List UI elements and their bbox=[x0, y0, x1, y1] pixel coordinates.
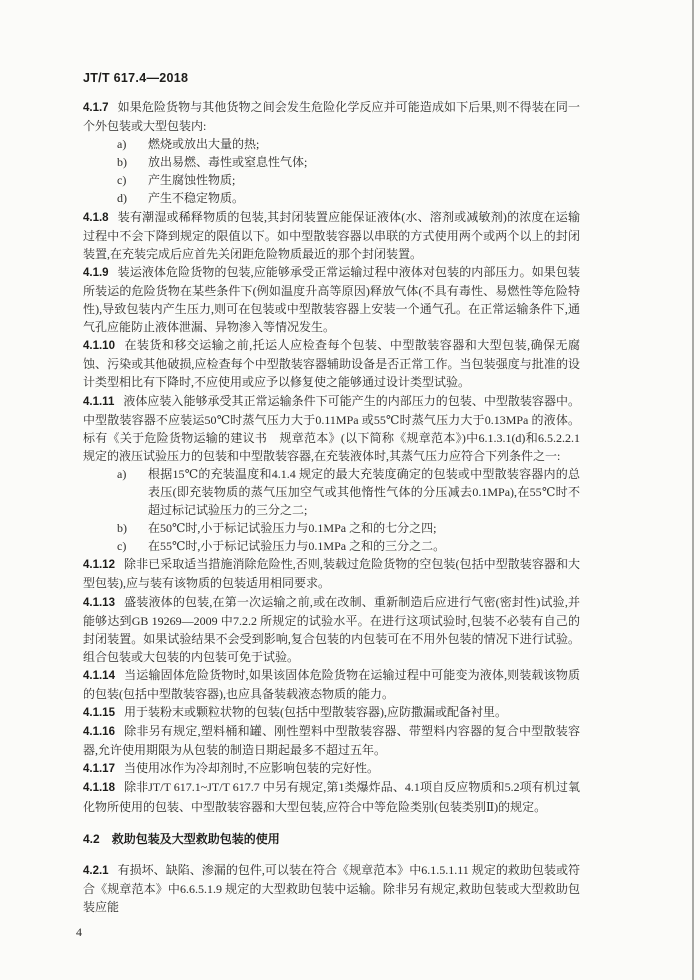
list-item-c: c)产生腐蚀性物质; bbox=[117, 171, 580, 189]
clause-4-1-17: 4.1.17当使用冰作为冷却剂时,不应影响包装的完好性。 bbox=[83, 759, 580, 778]
list-item-label: a) bbox=[117, 465, 126, 483]
clause-text: 装运液体危险货物的包装,应能够承受正常运输过程中液体对包装的内部压力。如果包装所… bbox=[83, 265, 580, 334]
clause-4-1-15: 4.1.15用于装粉末或颗粒状物的包装(包括中型散装容器),应防撒漏或配备衬里。 bbox=[83, 703, 580, 722]
clause-number: 4.2.1 bbox=[83, 865, 109, 877]
list-item-text: 根据15℃的充装温度和4.1.4 规定的最大充装度确定的包装或中型散装容器内的总… bbox=[148, 467, 580, 517]
clause-number: 4.1.11 bbox=[83, 396, 114, 408]
page-scan-edge bbox=[692, 0, 694, 980]
list-item-text: 在50℃时,小于标记试验压力与0.1MPa 之和的七分之四; bbox=[148, 521, 436, 535]
section-title: 救助包装及大型救助包装的使用 bbox=[112, 832, 280, 846]
list-item-a: a)燃烧或放出大量的热; bbox=[117, 135, 580, 153]
list-item-text: 放出易燃、毒性或窒息性气体; bbox=[148, 155, 307, 169]
clause-text: 当运输固体危险货物时,如果该固体危险货物在运输过程中可能变为液体,则装载该物质的… bbox=[83, 668, 580, 701]
list-item-text: 在55℃时,小于标记试验压力与0.1MPa 之和的三分之二。 bbox=[148, 539, 445, 553]
clause-number: 4.1.17 bbox=[83, 763, 115, 775]
clause-4-2-1: 4.2.1有损坏、缺陷、渗漏的包件,可以装在符合《规章范本》中6.1.5.1.1… bbox=[83, 861, 580, 916]
list-item-label: a) bbox=[117, 135, 126, 153]
clause-text: 液体应装入能够承受其正常运输条件下可能产生的内部压力的包装、中型散装容器中。中型… bbox=[83, 394, 580, 463]
clause-number: 4.1.8 bbox=[83, 212, 109, 224]
list-item-text: 产生不稳定物质。 bbox=[148, 191, 244, 205]
page-content: 4.1.7如果危险货物与其他货物之间会发生危险化学反应并可能造成如下后果,则不得… bbox=[83, 98, 580, 941]
clause-number: 4.1.12 bbox=[83, 559, 115, 571]
clause-4-1-12: 4.1.12除非已采取适当措施消除危险性,否则,装载过危险货物的空包装(包括中型… bbox=[83, 555, 580, 592]
clause-4-1-14: 4.1.14当运输固体危险货物时,如果该固体危险货物在运输过程中可能变为液体,则… bbox=[83, 666, 580, 703]
clause-number: 4.1.16 bbox=[83, 726, 115, 738]
list-item-b: b)放出易燃、毒性或窒息性气体; bbox=[117, 153, 580, 171]
list-item-label: d) bbox=[117, 189, 127, 207]
list-item-d: d)产生不稳定物质。 bbox=[117, 189, 580, 207]
clause-4-1-10: 4.1.10在装货和移交运输之前,托运人应检查每个包装、中型散装容器和大型包装,… bbox=[83, 336, 580, 391]
clause-number: 4.1.14 bbox=[83, 670, 115, 682]
list-item-a: a)根据15℃的充装温度和4.1.4 规定的最大充装度确定的包装或中型散装容器内… bbox=[117, 465, 580, 519]
clause-text: 用于装粉末或颗粒状物的包装(包括中型散装容器),应防撒漏或配备衬里。 bbox=[124, 705, 507, 719]
page-number: 4 bbox=[76, 923, 580, 941]
clause-4-1-7: 4.1.7如果危险货物与其他货物之间会发生危险化学反应并可能造成如下后果,则不得… bbox=[83, 98, 580, 135]
clause-number: 4.1.10 bbox=[83, 340, 115, 352]
list-item-label: b) bbox=[117, 153, 127, 171]
clause-text: 除非JT/T 617.1~JT/T 617.7 中另有规定,第1类爆炸品、4.1… bbox=[83, 780, 580, 813]
clause-4-1-8: 4.1.8装有潮湿或稀释物质的包装,其封闭装置应能保证液体(水、溶剂或减敏剂)的… bbox=[83, 208, 580, 263]
clause-text: 盛装液体的包装,在第一次运输之前,或在改制、重新制造后应进行气密(密封性)试验,… bbox=[83, 595, 580, 664]
clause-4-1-18: 4.1.18除非JT/T 617.1~JT/T 617.7 中另有规定,第1类爆… bbox=[83, 778, 580, 815]
clause-number: 4.1.13 bbox=[83, 597, 115, 609]
list-item-c: c)在55℃时,小于标记试验压力与0.1MPa 之和的三分之二。 bbox=[117, 537, 580, 555]
section-number: 4.2 bbox=[83, 832, 100, 846]
clause-4-1-9: 4.1.9装运液体危险货物的包装,应能够承受正常运输过程中液体对包装的内部压力。… bbox=[83, 263, 580, 336]
section-heading-4-2: 4.2救助包装及大型救助包装的使用 bbox=[83, 830, 580, 848]
clause-text: 除非另有规定,塑料桶和罐、刚性塑料中型散装容器、带塑料内容器的复合中型散装容器,… bbox=[83, 724, 580, 757]
list-item-label: b) bbox=[117, 519, 127, 537]
list-item-label: c) bbox=[117, 171, 126, 189]
clause-text: 装有潮湿或稀释物质的包装,其封闭装置应能保证液体(水、溶剂或减敏剂)的浓度在运输… bbox=[83, 210, 580, 261]
document-header: JT/T 617.4—2018 bbox=[83, 71, 188, 85]
clause-4-1-16: 4.1.16除非另有规定,塑料桶和罐、刚性塑料中型散装容器、带塑料内容器的复合中… bbox=[83, 722, 580, 759]
list-item-text: 产生腐蚀性物质; bbox=[148, 173, 235, 187]
clause-text: 如果危险货物与其他货物之间会发生危险化学反应并可能造成如下后果,则不得装在同一个… bbox=[83, 100, 580, 133]
clause-4-1-13: 4.1.13盛装液体的包装,在第一次运输之前,或在改制、重新制造后应进行气密(密… bbox=[83, 593, 580, 666]
clause-text: 在装货和移交运输之前,托运人应检查每个包装、中型散装容器和大型包装,确保无腐蚀、… bbox=[83, 338, 580, 389]
clause-number: 4.1.18 bbox=[83, 782, 115, 794]
clause-text: 除非已采取适当措施消除危险性,否则,装载过危险货物的空包装(包括中型散装容器和大… bbox=[83, 557, 580, 590]
clause-number: 4.1.9 bbox=[83, 267, 109, 279]
clause-text: 当使用冰作为冷却剂时,不应影响包装的完好性。 bbox=[124, 761, 379, 775]
clause-number: 4.1.7 bbox=[83, 102, 109, 114]
clause-number: 4.1.15 bbox=[83, 707, 115, 719]
list-item-b: b)在50℃时,小于标记试验压力与0.1MPa 之和的七分之四; bbox=[117, 519, 580, 537]
list-item-text: 燃烧或放出大量的热; bbox=[148, 137, 259, 151]
clause-text: 有损坏、缺陷、渗漏的包件,可以装在符合《规章范本》中6.1.5.1.11 规定的… bbox=[83, 863, 580, 914]
list-item-label: c) bbox=[117, 537, 126, 555]
clause-4-1-11: 4.1.11液体应装入能够承受其正常运输条件下可能产生的内部压力的包装、中型散装… bbox=[83, 392, 580, 465]
